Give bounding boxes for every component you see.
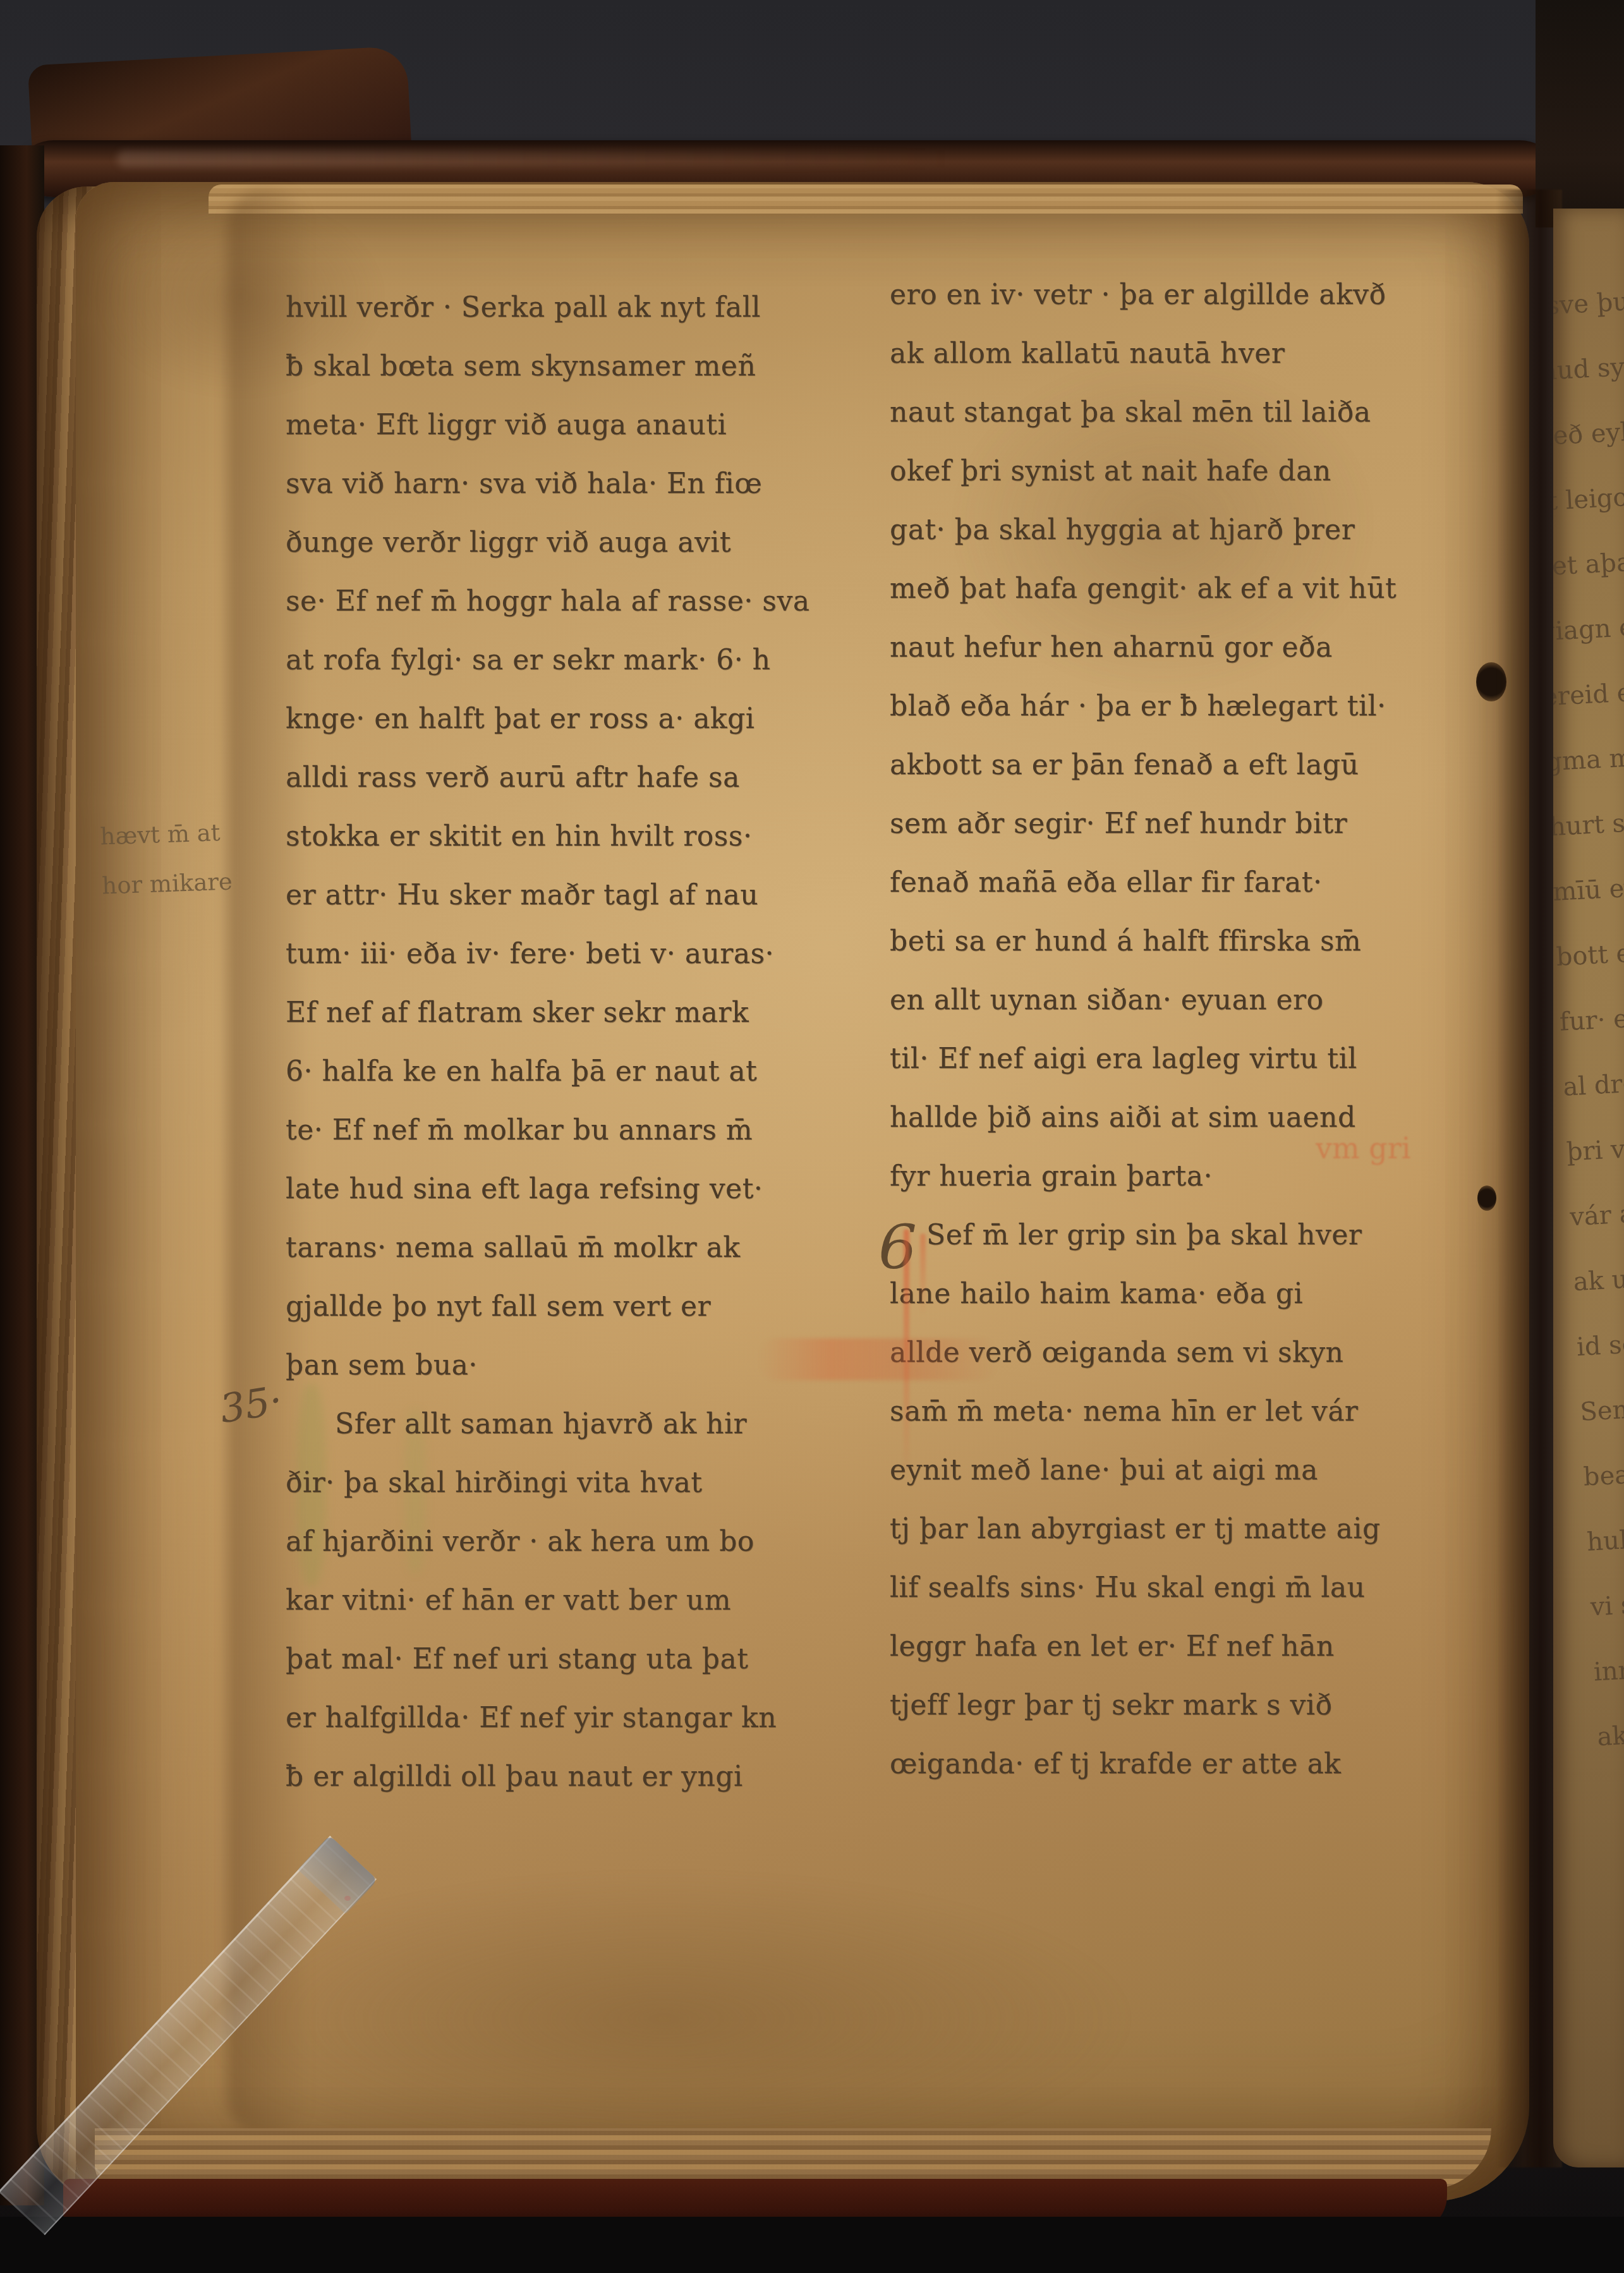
manuscript-line: tarans· nema sallaū m̄ molkr ak: [286, 1218, 854, 1277]
fragment-line: giagn er af þart: [1553, 590, 1624, 665]
gutter-shadow: [1496, 190, 1562, 2167]
manuscript-line: tjeff legr þar tj sekr mark s við: [890, 1676, 1490, 1735]
manuscript-line: ðir· þa skal hirðingi vita hvat: [286, 1453, 854, 1512]
fragment-line: með eyk annars: [1553, 395, 1624, 470]
manuscript-line: þat mal· Ef nef uri stang uta þat: [286, 1630, 854, 1688]
red-rubric-text: vm gri: [1316, 1131, 1410, 1165]
manuscript-line: late hud sina eft laga refsing vet·: [286, 1160, 854, 1218]
manuscript-line: gjallde þo nyt fall sem vert er: [286, 1277, 854, 1336]
red-ink-streak: [904, 1229, 909, 1479]
manuscript-line: knge· en halft þat er ross a· akgi: [286, 689, 854, 748]
manuscript-line: Sef m̄ ler grip sin þa skal hver: [890, 1206, 1490, 1264]
fragment-line: inn ar: [1592, 1630, 1624, 1706]
manuscript-line: Ef nef af flatram sker sekr mark: [286, 983, 854, 1042]
manuscript-line: er halfgillda· Ef nef yir stangar kn: [286, 1688, 854, 1747]
fragment-line: al dro þm er: [1561, 1045, 1624, 1120]
manuscript-line: akbott sa er þān fenað a eft lagū: [890, 736, 1490, 794]
red-ink-streak: [920, 1233, 926, 1316]
fragment-line: ak þr: [1596, 1695, 1624, 1771]
chapter-number-36: 6: [878, 1212, 917, 1283]
fragment-line: gma mate ulea: [1553, 720, 1624, 796]
fragment-line: þri vár ugu eð: [1565, 1110, 1624, 1185]
manuscript-line: tum· iii· eða iv· fere· beti v· auras·: [286, 924, 854, 983]
margin-note-line: hor mikare: [101, 857, 233, 911]
manuscript-line: lane hailo haim kama· eða gi: [890, 1264, 1490, 1323]
next-page-text-fragments: h sve þunentnaud syr bane· Hjmeð eyk ann…: [1553, 265, 1624, 1770]
manuscript-line: en allt uynan siðan· eyuan ero: [890, 971, 1490, 1029]
chapter-number-35: 35·: [217, 1377, 286, 1433]
manuscript-line: meta· Eft liggr við auga anauti: [286, 396, 854, 454]
manuscript-line: ak allom kallatū nautā hver: [890, 324, 1490, 383]
fragment-line: bea mi: [1582, 1435, 1624, 1510]
manuscript-line: naut hefur hen aharnū gor eða: [890, 618, 1490, 677]
manuscript-line: fenað mañā eða ellar fir farat·: [890, 853, 1490, 912]
manuscript-photo: hvill verðr · Serka pall ak nyt fallƀ sk…: [0, 0, 1624, 2273]
parchment-hole: [1477, 1185, 1496, 1211]
text-column-left: hvill verðr · Serka pall ak nyt fallƀ sk…: [286, 278, 854, 1806]
red-offset-stain: [758, 1338, 998, 1380]
fragment-line: vár at· erehir: [1568, 1175, 1624, 1251]
fragment-line: ak uvgr eð: [1572, 1240, 1624, 1316]
fragment-line: ereid er með þ: [1553, 655, 1624, 730]
page-top-edge: [209, 185, 1523, 214]
manuscript-line: Sfer allt saman hjavrð ak hir: [286, 1395, 854, 1453]
fragment-line: at leigo þa skal: [1553, 460, 1624, 535]
manuscript-line: kar vitni· ef hān er vatt ber um: [286, 1571, 854, 1630]
margin-note: hævt m̄ at hor mikare: [99, 808, 233, 911]
next-page-edge: h sve þunentnaud syr bane· Hjmeð eyk ann…: [1553, 209, 1624, 2167]
manuscript-line: gat· þa skal hyggia at hjarð þrer: [890, 500, 1490, 559]
manuscript-line: okef þri synist at nait hafe dan: [890, 442, 1490, 500]
manuscript-line: at rofa fylgi· sa er sekr mark· 6· h: [286, 631, 854, 689]
manuscript-line: með þat hafa gengit· ak ef a vit hūt: [890, 559, 1490, 618]
fragment-line: naud syr bane· Hj: [1553, 330, 1624, 406]
manuscript-line: ƀ skal bœta sem skynsamer meñ: [286, 337, 854, 396]
manuscript-line: tj þar lan abyrgiast er tj matte aig: [890, 1500, 1490, 1558]
fragment-line: fur· eft at mki: [1558, 980, 1624, 1055]
manuscript-line: naut stangat þa skal mēn til laiða: [890, 383, 1490, 442]
manuscript-line: sva við harn· sva við hala· En fiœ: [286, 454, 854, 513]
manuscript-line: œiganda· ef tj krafde er atte ak: [890, 1735, 1490, 1793]
manuscript-line: te· Ef nef m̄ molkar bu annars m̄: [286, 1101, 854, 1160]
manuscript-line: lif sealfs sins· Hu skal engi m̄ lau: [890, 1558, 1490, 1617]
fragment-line: hurt sem er m: [1553, 785, 1624, 861]
manuscript-line: ero en iv· vetr · þa er algillde akvð: [890, 265, 1490, 324]
table-shadow: [0, 2217, 1624, 2273]
fragment-line: mīū eylki eða: [1553, 851, 1624, 926]
text-column-right: ero en iv· vetr · þa er algillde akvðak …: [890, 265, 1490, 1793]
manuscript-line: sem aðr segir· Ef nef hundr bitr: [890, 794, 1490, 853]
manuscript-line: blað eða hár · þa er ƀ hælegart til·: [890, 677, 1490, 736]
manuscript-line: 6· halfa ke en halfa þā er naut at: [286, 1042, 854, 1101]
fragment-line: h sve þunent: [1553, 265, 1624, 341]
fragment-line: id sem er: [1575, 1306, 1624, 1381]
manuscript-line: eynit með lane· þui at aigi ma: [890, 1441, 1490, 1500]
manuscript-line: til· Ef nef aigi era lagleg virtu til: [890, 1029, 1490, 1088]
manuscript-line: leggr hafa en let er· Ef nef hān: [890, 1617, 1490, 1676]
manuscript-line: er attr· Hu sker maðr tagl af nau: [286, 866, 854, 924]
manuscript-line: ðunge verðr liggr við auga avit: [286, 513, 854, 572]
margin-note-line: hævt m̄ at: [99, 808, 231, 861]
fragment-line: het aþa ar tj der: [1553, 525, 1624, 600]
manuscript-line: hvill verðr · Serka pall ak nyt fall: [286, 278, 854, 337]
manuscript-line: stokka er skitit en hin hvilt ross·: [286, 807, 854, 866]
manuscript-line: se· Ef nef m̄ hoggr hala af rasse· sva: [286, 572, 854, 631]
fragment-line: Semia: [1579, 1370, 1624, 1445]
manuscript-line: af hjarðini verðr · ak hera um bo: [286, 1512, 854, 1571]
fragment-line: vi simt: [1589, 1565, 1624, 1640]
manuscript-line: ƀ er algilldi oll þau naut er yngi: [286, 1747, 854, 1806]
manuscript-line: alldi rass verð aurū aftr hafe sa: [286, 748, 854, 807]
manuscript-line: sam̄ m̄ meta· nema hīn er let vár: [890, 1382, 1490, 1441]
fragment-line: bott eft laga dar: [1554, 915, 1624, 990]
manuscript-line: beti sa er hund á halft ffirska sm̄: [890, 912, 1490, 971]
fragment-line: hula ha: [1585, 1500, 1624, 1575]
